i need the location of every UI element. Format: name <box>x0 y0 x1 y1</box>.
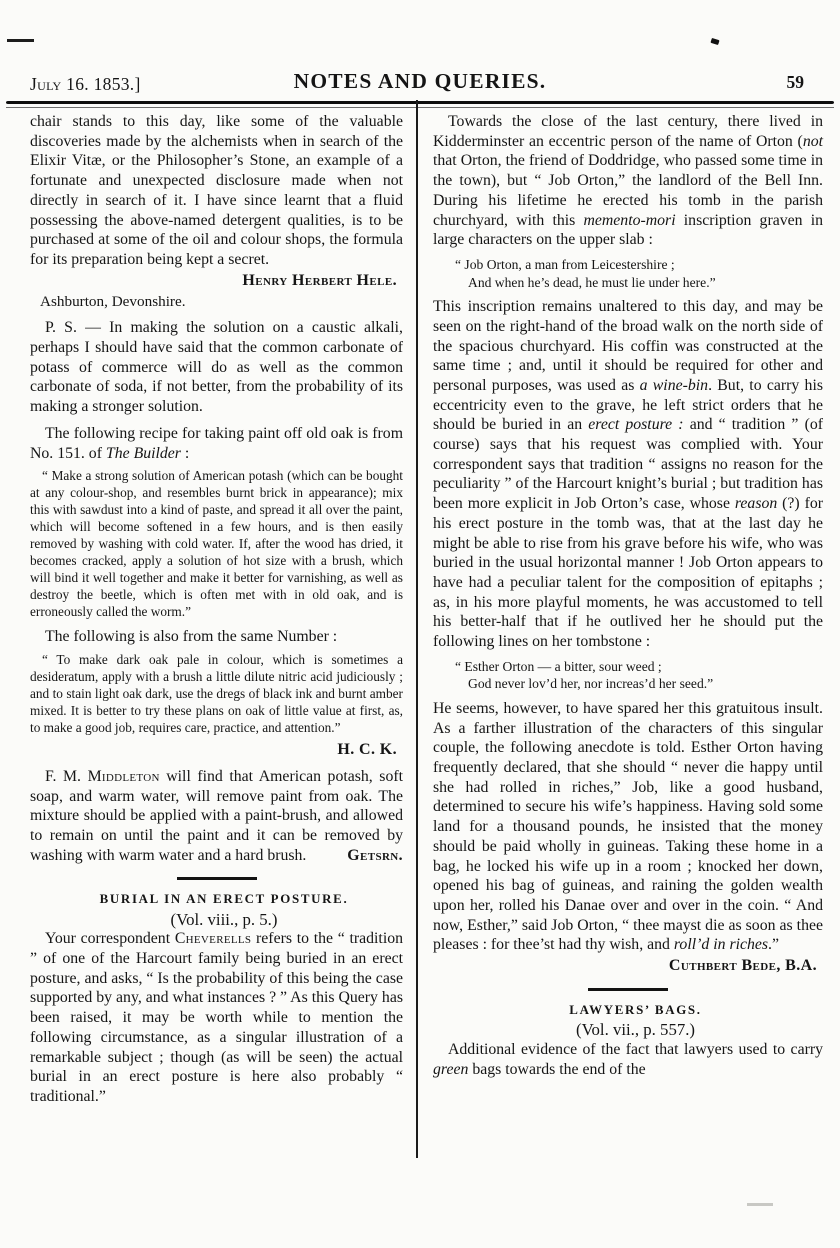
verse-line: “ Job Orton, a man from Leicestershire ; <box>455 256 823 274</box>
quote-oak-colour: “ To make dark oak pale in colour, which… <box>30 651 403 736</box>
scanned-journal-page: { "header": { "date_runs": [{ "t": "July… <box>0 0 840 1248</box>
scan-artifact-speck <box>710 38 719 45</box>
paragraph-cheverells: Your correspondent Cheverells refers to … <box>30 929 403 1106</box>
scan-artifact-dash <box>7 39 34 42</box>
paragraph-lawyers-bags: Additional evidence of the fact that law… <box>433 1040 823 1079</box>
verse-esther-epitaph: “ Esther Orton — a bitter, sour weed ; G… <box>455 658 823 693</box>
scan-artifact-smudge <box>747 1203 773 1206</box>
verse-line: God never lov’d her, nor increas’d her s… <box>468 675 823 693</box>
section-separator-rule <box>177 877 257 880</box>
section-heading-lawyers-bags: LAWYERS’ BAGS. <box>433 1001 823 1021</box>
paragraph-postscript: P. S. — In making the solution on a caus… <box>30 318 403 417</box>
paragraph-anecdote: He seems, however, to have spared her th… <box>433 699 823 955</box>
section-separator-rule <box>588 988 668 991</box>
journal-title: NOTES AND QUERIES. <box>0 69 840 94</box>
verse-line: And when he’s dead, he must lie under he… <box>468 274 823 292</box>
header-rule-thin <box>6 107 834 108</box>
paragraph-same-number-intro: The following is also from the same Numb… <box>30 627 403 647</box>
paragraph-middleton: F. M. Middleton will find that American … <box>30 767 403 866</box>
verse-line: “ Esther Orton — a bitter, sour weed ; <box>455 658 823 676</box>
section-reference-lawyers-bags: (Vol. vii., p. 557.) <box>433 1020 823 1040</box>
paragraph-orton-intro: Towards the close of the last century, t… <box>433 112 823 250</box>
quote-builder-recipe: “ Make a strong solution of American pot… <box>30 467 403 620</box>
signature-hck: H. C. K. <box>30 740 397 760</box>
column-divider <box>416 100 418 1158</box>
signature-hele: Henry Herbert Hele. <box>30 271 397 291</box>
place-line: Ashburton, Devonshire. <box>30 292 403 312</box>
paragraph-continuation: chair stands to this day, like some of t… <box>30 112 403 270</box>
paragraph-inscription-history: This inscription remains unaltered to th… <box>433 297 823 652</box>
left-column: chair stands to this day, like some of t… <box>30 112 403 1107</box>
page-number: 59 <box>787 72 805 93</box>
right-column: Towards the close of the last century, t… <box>433 112 823 1079</box>
header-rule <box>6 101 834 104</box>
paragraph-builder-intro: The following recipe for taking paint of… <box>30 424 403 463</box>
signature-bede: Cuthbert Bede, B.A. <box>433 956 817 976</box>
verse-tomb-inscription: “ Job Orton, a man from Leicestershire ;… <box>455 256 823 291</box>
section-reference-burial: (Vol. viii., p. 5.) <box>30 910 403 930</box>
section-heading-burial: BURIAL IN AN ERECT POSTURE. <box>30 890 403 910</box>
